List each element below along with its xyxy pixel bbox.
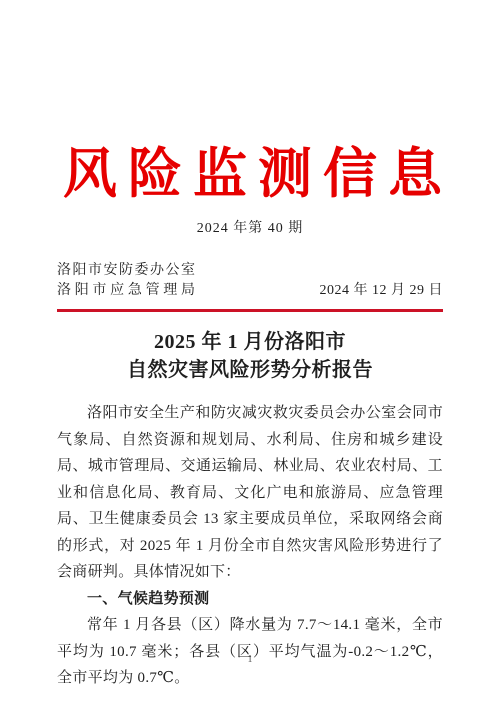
red-divider-rule xyxy=(57,309,443,312)
issuer-line-1: 洛阳市安防委办公室 xyxy=(57,261,195,281)
issue-number: 2024 年第 40 期 xyxy=(57,221,443,237)
document-page: 风险监测信息 2024 年第 40 期 洛阳市安防委办公室 洛阳市应急管理局 2… xyxy=(0,0,500,707)
issuer-block: 洛阳市安防委办公室 洛阳市应急管理局 xyxy=(57,261,195,301)
report-title-line-1: 2025 年 1 月份洛阳市 xyxy=(57,328,443,356)
section-1-paragraph: 常年 1 月各县（区）降水量为 7.7～14.1 毫米，全市平均为 10.7 毫… xyxy=(57,612,443,692)
page-number: 1 xyxy=(0,654,500,665)
masthead-title: 风险监测信息 xyxy=(63,0,443,206)
report-title-line-2: 自然灾害风险形势分析报告 xyxy=(57,356,443,384)
issuer-date-row: 洛阳市安防委办公室 洛阳市应急管理局 2024 年 12 月 29 日 xyxy=(57,261,443,301)
issue-date: 2024 年 12 月 29 日 xyxy=(320,281,444,301)
section-1-heading: 一、气候趋势预测 xyxy=(57,586,443,613)
masthead: 风险监测信息 2024 年第 40 期 xyxy=(57,0,443,237)
report-title: 2025 年 1 月份洛阳市 自然灾害风险形势分析报告 xyxy=(57,328,443,384)
issuer-line-2: 洛阳市应急管理局 xyxy=(57,281,195,301)
intro-paragraph: 洛阳市安全生产和防灾减灾救灾委员会办公室会同市气象局、自然资源和规划局、水利局、… xyxy=(57,400,443,586)
